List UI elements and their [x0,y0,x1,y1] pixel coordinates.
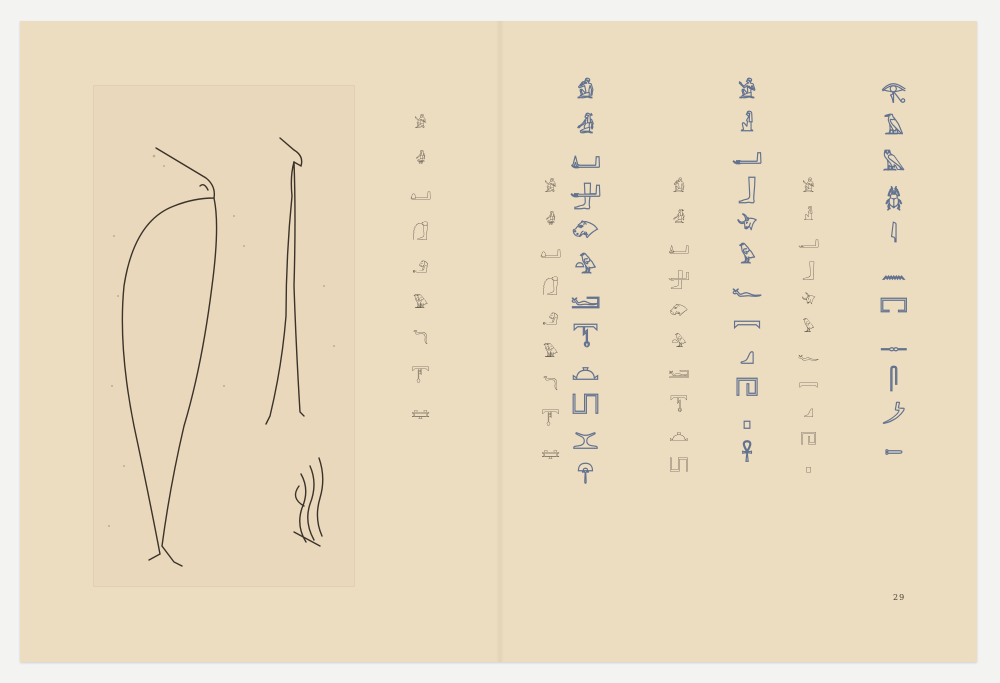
glyph: 𓂀 [881,81,906,101]
text-column: 𓂀𓄿𓅓𓆣𓇋𓈖𓉐𓊃𓋴𓌳𓍿 [880,81,908,461]
glyph: 𓆒 [669,367,689,381]
glyph: 𓇱 [542,412,560,426]
page-number: 29 [893,593,905,602]
glyph: 𓅱 [803,321,815,335]
glyph: 𓄂 [412,261,428,275]
glyph: 𓋹 [741,444,752,464]
glyph: 𓇋 [890,225,897,245]
etching-illustration [94,86,354,586]
glyph: 𓉐 [880,297,908,317]
glyph: 𓀀 [802,181,815,195]
glyph: 𓃁 [668,274,690,288]
glyph: 𓀂 [414,117,427,131]
glyph: 𓃁 [570,186,601,206]
glyph: 𓄂 [542,313,558,327]
glyph: 𓂞 [570,151,600,171]
glyph: 𓁑 [577,116,595,136]
glyph: 𓁒 [415,153,425,167]
glyph: 𓅱 [738,246,755,266]
glyph: 𓈖 [882,261,906,281]
glyph: 𓂟 [540,247,561,261]
text-column: 𓀀𓁐𓂝𓃀𓄀𓅱𓆑𓇯𓈎𓉔𓊪𓋹 [732,81,762,464]
open-book-spread: 𓀂𓁒𓂟𓃂𓄂𓅳𓆓𓇱𓈐 𓀂𓁒𓂟𓃂𓄂𓅳𓆓𓇱𓈐 𓀁𓁑𓂞𓃁𓄁𓅲𓆒𓇰𓈏𓉕𓊫𓋺 𓀁𓁑𓂞𓃁𓄁𓅲𓆒… [20,21,977,662]
glyph: 𓈐 [411,405,429,419]
glyph: 𓇰 [573,326,598,346]
glyph: 𓈏 [669,429,688,443]
glyph: 𓉔 [736,378,758,398]
glyph: 𓍿 [885,441,903,461]
glyph: 𓉕 [669,460,688,474]
glyph: 𓅲 [575,256,597,276]
text-column: 𓀀𓁐𓂝𓃀𓄀𓅱𓆑𓇯𓈎𓉔𓊪 [798,181,819,475]
glyph: 𓈎 [803,405,813,419]
glyph: 𓆑 [732,279,762,299]
glyph: 𓉔 [801,433,817,447]
glyph: 𓃂 [542,280,559,294]
glyph: 𓊫 [573,431,599,451]
glyph: 𓆒 [571,291,600,311]
glyph: 𓇯 [733,312,760,332]
glyph: 𓄁 [572,221,599,241]
glyph: 𓄁 [670,305,689,319]
glyph: 𓌳 [882,405,905,425]
glyph: 𓀀 [738,81,756,101]
glyph: 𓋺 [577,466,593,486]
glyph: 𓊃 [880,333,907,353]
text-column: 𓀂𓁒𓂟𓃂𓄂𓅳𓆓𓇱𓈐 [410,117,431,419]
glyph: 𓇰 [670,398,688,412]
glyph: 𓁑 [673,212,685,226]
glyph: 𓉕 [572,396,599,416]
glyph: 𓀁 [577,81,594,101]
glyph: 𓆑 [798,349,819,363]
glyph: 𓇱 [412,369,430,383]
glyph: 𓅓 [883,153,905,173]
glyph: 𓊪 [806,461,812,475]
glyph: 𓃀 [802,265,815,279]
glyph: 𓀂 [544,181,557,195]
text-column: 𓀁𓁑𓂞𓃁𓄁𓅲𓆒𓇰𓈏𓉕𓊫𓋺 [570,81,601,486]
glyph: 𓆣 [885,189,903,209]
glyph: 𓆓 [413,333,428,347]
glyph: 𓁒 [545,214,555,228]
glyph: 𓇯 [799,377,818,391]
glyph: 𓋴 [890,369,898,389]
glyph: 𓅲 [671,336,686,350]
glyph: 𓅳 [543,346,558,360]
glyph: 𓈐 [541,445,559,459]
glyph: 𓂝 [798,237,819,251]
glyph: 𓀁 [673,181,685,195]
glyph: 𓂝 [732,147,762,167]
glyph: 𓈎 [740,345,754,365]
glyph: 𓁐 [740,114,754,134]
glyph: 𓊪 [743,411,751,431]
glyph: 𓈏 [572,361,599,381]
glyph: 𓆓 [543,379,558,393]
glyph: 𓄀 [737,213,758,233]
glyph: 𓄀 [801,293,815,307]
glyph: 𓃂 [412,225,429,239]
text-column: 𓀁𓁑𓂞𓃁𓄁𓅲𓆒𓇰𓈏𓉕 [668,181,690,474]
glyph: 𓂟 [410,189,431,203]
etching-plate [93,85,355,587]
glyph: 𓂞 [668,243,689,257]
glyph: 𓄿 [884,117,904,137]
glyph: 𓅳 [413,297,428,311]
text-column: 𓀂𓁒𓂟𓃂𓄂𓅳𓆓𓇱𓈐 [540,181,561,459]
large-bird-outline [122,148,214,560]
glyph: 𓁐 [804,209,813,223]
glyph: 𓃀 [738,180,756,200]
flame-form [294,458,323,546]
